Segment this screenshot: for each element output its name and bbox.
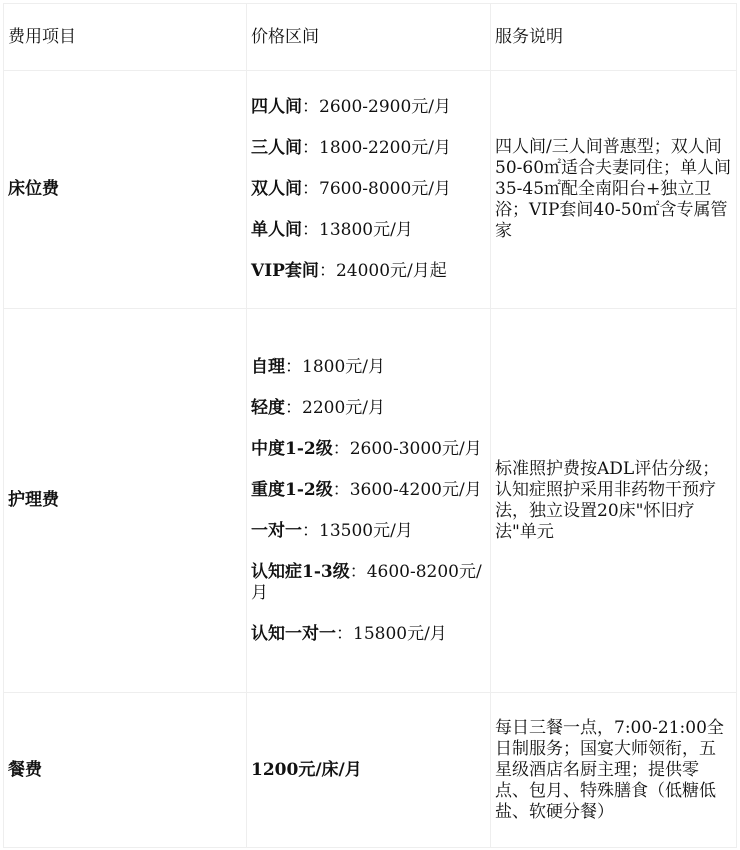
- table-row-bed-fee: 床位费 四人间：2600-2900元/月 三人间：1800-2200元/月 双人…: [4, 71, 737, 309]
- price-label: 中度1-2级: [251, 439, 333, 459]
- price-value: 2200元/月: [302, 398, 385, 418]
- price-value: 15800元/月: [353, 624, 447, 644]
- price-label: 轻度: [251, 398, 285, 418]
- price-label: 认知一对一: [251, 624, 336, 644]
- price-line: 重度1-2级：3600-4200元/月: [251, 470, 486, 511]
- price-line: 轻度：2200元/月: [251, 388, 486, 429]
- price-line: 认知症1-3级：4600-8200元/月: [251, 552, 486, 614]
- price-separator: ：: [302, 220, 319, 240]
- price-label: 单人间: [251, 220, 302, 240]
- price-line: 自理：1800元/月: [251, 347, 486, 388]
- price-line: 一对一：13500元/月: [251, 511, 486, 552]
- price-line: 中度1-2级：2600-3000元/月: [251, 429, 486, 470]
- price-value: 13500元/月: [319, 521, 413, 541]
- price-value: 1800元/月: [302, 357, 385, 377]
- price-separator: ：: [285, 357, 302, 377]
- table-row-meal-fee: 餐费 1200元/床/月 每日三餐一点，7:00-21:00全日制服务；国宴大师…: [4, 693, 737, 848]
- header-row: 费用项目 价格区间 服务说明: [4, 4, 737, 71]
- price-range-cell: 四人间：2600-2900元/月 三人间：1800-2200元/月 双人间：76…: [247, 71, 491, 309]
- price-separator: ：: [319, 261, 336, 281]
- price-separator: ：: [302, 138, 319, 158]
- header-service-description: 服务说明: [491, 4, 737, 71]
- fee-item-cell: 餐费: [4, 693, 247, 848]
- price-separator: ：: [302, 97, 319, 117]
- fee-table: 费用项目 价格区间 服务说明 床位费 四人间：2600-2900元/月 三人间：…: [3, 3, 737, 848]
- price-range-cell: 自理：1800元/月 轻度：2200元/月 中度1-2级：2600-3000元/…: [247, 309, 491, 693]
- price-separator: ：: [350, 562, 367, 582]
- price-label: 双人间: [251, 179, 302, 199]
- price-separator: ：: [336, 624, 353, 644]
- header-price-range: 价格区间: [247, 4, 491, 71]
- price-separator: ：: [333, 480, 350, 500]
- price-value: 24000元/月起: [336, 261, 447, 281]
- table-row-nursing-fee: 护理费 自理：1800元/月 轻度：2200元/月 中度1-2级：2600-30…: [4, 309, 737, 693]
- service-description-cell: 四人间/三人间普惠型；双人间50-60㎡适合夫妻同住；单人间35-45㎡配全南阳…: [491, 71, 737, 309]
- price-line: 三人间：1800-2200元/月: [251, 128, 486, 169]
- price-range-cell: 1200元/床/月: [247, 693, 491, 848]
- fee-item-cell: 护理费: [4, 309, 247, 693]
- price-label: 四人间: [251, 97, 302, 117]
- price-value: 1800-2200元/月: [319, 138, 451, 158]
- price-label: VIP套间: [251, 261, 319, 281]
- price-separator: ：: [302, 521, 319, 541]
- service-description-cell: 每日三餐一点，7:00-21:00全日制服务；国宴大师领衔，五星级酒店名厨主理；…: [491, 693, 737, 848]
- price-label: 重度1-2级: [251, 480, 333, 500]
- price-line: VIP套间：24000元/月起: [251, 251, 486, 292]
- price-label: 自理: [251, 357, 285, 377]
- price-line: 认知一对一：15800元/月: [251, 614, 486, 655]
- price-line: 双人间：7600-8000元/月: [251, 169, 486, 210]
- price-line: 四人间：2600-2900元/月: [251, 87, 486, 128]
- price-label: 三人间: [251, 138, 302, 158]
- price-label: 一对一: [251, 521, 302, 541]
- price-value: 3600-4200元/月: [350, 480, 482, 500]
- price-value: 13800元/月: [319, 220, 413, 240]
- price-separator: ：: [302, 179, 319, 199]
- header-fee-item: 费用项目: [4, 4, 247, 71]
- price-label: 认知症1-3级: [251, 562, 350, 582]
- service-description-cell: 标准照护费按ADL评估分级；认知症照护采用非药物干预疗法，独立设置20床"怀旧疗…: [491, 309, 737, 693]
- price-separator: ：: [285, 398, 302, 418]
- price-line: 单人间：13800元/月: [251, 210, 486, 251]
- price-value: 2600-3000元/月: [350, 439, 482, 459]
- price-value: 7600-8000元/月: [319, 179, 451, 199]
- price-value: 2600-2900元/月: [319, 97, 451, 117]
- price-separator: ：: [333, 439, 350, 459]
- fee-item-cell: 床位费: [4, 71, 247, 309]
